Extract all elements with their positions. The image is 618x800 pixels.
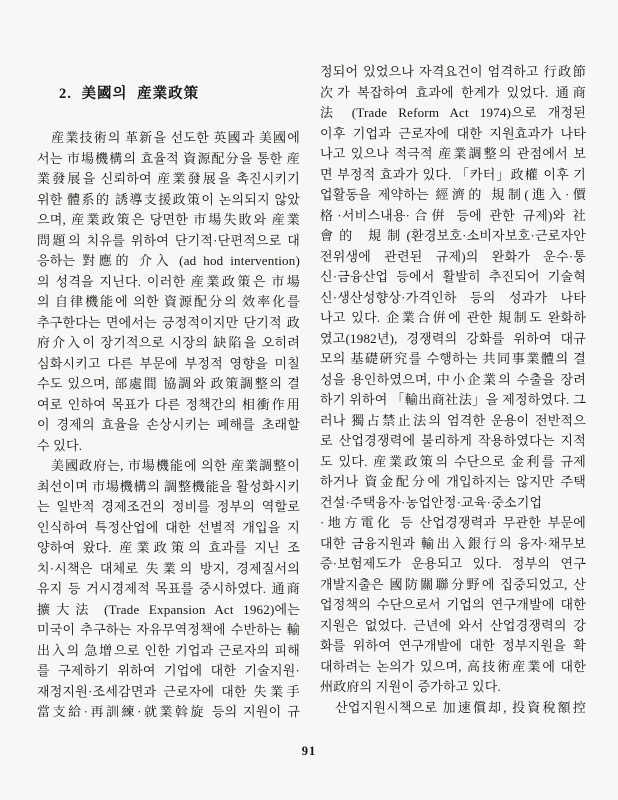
text-line: 신·금융산업 등에서 활발히 추진되어 기술혁 <box>320 267 586 288</box>
text-line: 도 있다. 産業政策의 수단으로 金利를 규제 <box>320 452 586 473</box>
text-line: 하기 위하여 「輸出商社法」을 제정하였다. 그 <box>320 390 586 411</box>
text-line: 수 있다. <box>37 436 300 457</box>
text-line: 대하려는 논의가 있으며, 高技術産業에 대한 <box>320 657 586 678</box>
text-line: 양하여 왔다. 産業政策의 효과를 지닌 조 <box>37 538 300 559</box>
text-line: 업정책의 수단으로서 기업의 연구개발에 대한 <box>320 595 586 616</box>
text-line: 하거나 資金配分에 개입하지는 않지만 주택 <box>320 472 586 493</box>
text-line: 여로 인하여 목표가 다른 정책간의 相衝作用 <box>37 395 300 416</box>
text-line: 였고(1982년), 경쟁력의 강화를 위하여 대규 <box>320 329 586 350</box>
text-line: 의 自律機能에 의한 資源配分의 效率化를 <box>37 292 300 313</box>
text-line: 이후 기업과 근로자에 대한 지원효과가 나타 <box>320 124 586 145</box>
text-line: 나고 있으나 적극적 産業調整의 관점에서 보 <box>320 144 586 165</box>
text-line: 미국이 추구하는 자유무역정책에 수반하는 輸 <box>37 620 300 641</box>
text-line: 화를 위하여 연구개발에 대한 정부지원을 확 <box>320 636 586 657</box>
text-line: 이 경제의 효율을 손상시키는 폐해를 초래할 <box>37 415 300 436</box>
text-line: 심화시키고 다른 부문에 부정적 영향을 미칠 <box>37 354 300 375</box>
text-line: 러나 獨占禁止法의 엄격한 운용이 전반적으 <box>320 411 586 432</box>
text-line: 정되어 있었으나 자격요건이 엄격하고 行政節 <box>320 62 586 83</box>
text-line: 出入의 急增으로 인한 기업과 근로자의 피해 <box>37 641 300 662</box>
paragraph: 美國政府는, 市場機能에 의한 産業調整이최선이며 市場機構의 調整機能을 활성… <box>37 456 300 723</box>
text-line: 업활동을 제약하는 經濟的 規制(進入·價 <box>320 185 586 206</box>
text-line: 는 일반적 경제조건의 정비를 정부의 역할로 <box>37 497 300 518</box>
text-line: 府介入이 장기적으로 시장의 缺陷을 오히려 <box>37 333 300 354</box>
text-line: 수도 있으며, 部處間 協調와 政策調整의 결 <box>37 374 300 395</box>
text-line: 재정지원·조세감면과 근로자에 대한 失業手 <box>37 682 300 703</box>
text-line: 모의 基礎硏究를 수행하는 共同事業體의 결 <box>320 349 586 370</box>
paragraph: 産業技術의 革新을 선도한 英國과 美國에서는 市場機構의 효율적 資源配分을 … <box>37 128 300 456</box>
text-line: 인식하여 특정산업에 대한 선별적 개입을 지 <box>37 518 300 539</box>
text-line: 美國政府는, 市場機能에 의한 産業調整이 <box>37 456 300 477</box>
text-line: 증·보험제도가 운용되고 있다. 정부의 연구 <box>320 554 586 575</box>
text-line: 州政府의 지원이 증가하고 있다. <box>320 677 586 698</box>
text-line: 개발지출은 國防關聯分野에 집중되었고, 산 <box>320 575 586 596</box>
text-line: 나고 있다. 企業合倂에 관한 規制도 완화하 <box>320 308 586 329</box>
text-line: 유지 등 거시경제적 목표를 중시하였다. 通商 <box>37 579 300 600</box>
text-line: 會的 規制(환경보호·소비자보호·근로자안 <box>320 226 586 247</box>
page-number: 91 <box>0 744 618 759</box>
paragraph: 산업지원시책으로 加速償却, 投資稅額控 <box>320 698 586 719</box>
text-line: 次가 복잡하여 효과에 한계가 있었다. 通商 <box>320 83 586 104</box>
text-line: 최선이며 市場機構의 調整機能을 활성화시키 <box>37 477 300 498</box>
text-line: 으며, 産業政策은 당면한 市場失敗와 産業 <box>37 210 300 231</box>
text-line: 건설·주택융자·농업안정·교육·중소기업 <box>320 493 586 514</box>
text-line: 추구한다는 면에서는 긍정적이지만 단기적 政 <box>37 313 300 334</box>
text-line: 치·시책은 대체로 失業의 방지, 경제질서의 <box>37 559 300 580</box>
text-line: 대한 금융지원과 輸出入銀行의 융자·채무보 <box>320 534 586 555</box>
text-line: 産業技術의 革新을 선도한 英國과 美國에 <box>37 128 300 149</box>
paragraph: 정되어 있었으나 자격요건이 엄격하고 行政節次가 복잡하여 효과에 한계가 있… <box>320 62 586 698</box>
left-column: 2. 美國의 産業政策 産業技術의 革新을 선도한 英國과 美國에서는 市場機構… <box>37 85 300 723</box>
text-line: 를 구제하기 위하여 기업에 대한 기술지원· <box>37 661 300 682</box>
text-line: 當支給·再訓練·就業斡旋 등의 지원이 규 <box>37 702 300 723</box>
right-column: 정되어 있었으나 자격요건이 엄격하고 行政節次가 복잡하여 효과에 한계가 있… <box>320 62 586 718</box>
text-line: 法 (Trade Reform Act 1974)으로 개정된 <box>320 103 586 124</box>
text-line: ·地方電化 등 산업경쟁력과 무관한 부문에 <box>320 513 586 534</box>
text-line: 로 산업경쟁력에 불리하게 작용하였다는 지적 <box>320 431 586 452</box>
text-line: 지원은 없었다. 근년에 와서 산업경쟁력의 강 <box>320 616 586 637</box>
text-line: 의 성격을 지닌다. 이러한 産業政策은 市場 <box>37 272 300 293</box>
text-line: 業發展을 신뢰하여 産業發展을 촉진시키기 <box>37 169 300 190</box>
text-line: 신·생산성향상·가격인하 등의 성과가 나타 <box>320 288 586 309</box>
text-line: 산업지원시책으로 加速償却, 投資稅額控 <box>320 698 586 719</box>
text-line: 위한 體系的 誘導支援政策이 논의되지 않았 <box>37 190 300 211</box>
document-page: 2. 美國의 産業政策 産業技術의 革新을 선도한 英國과 美國에서는 市場機構… <box>0 0 618 800</box>
text-line: 응하는 對應的 介入 (ad hod intervention) <box>37 251 300 272</box>
text-line: 問題의 치유를 위하여 단기적·단편적으로 대 <box>37 231 300 252</box>
section-heading: 2. 美國의 産業政策 <box>37 85 300 103</box>
text-line: 擴大法 (Trade Expansion Act 1962)에는 <box>37 600 300 621</box>
text-line: 格·서비스내용·合倂 등에 관한 규제)와 社 <box>320 206 586 227</box>
text-line: 성을 용인하였으며, 中小企業의 수출을 장려 <box>320 370 586 391</box>
text-line: 전위생에 관련된 규제)의 완화가 운수·통 <box>320 247 586 268</box>
text-line: 서는 市場機構의 효율적 資源配分을 통한 産 <box>37 149 300 170</box>
text-line: 면 부정적 효과가 있다. 「카터」政權 이후 기 <box>320 165 586 186</box>
